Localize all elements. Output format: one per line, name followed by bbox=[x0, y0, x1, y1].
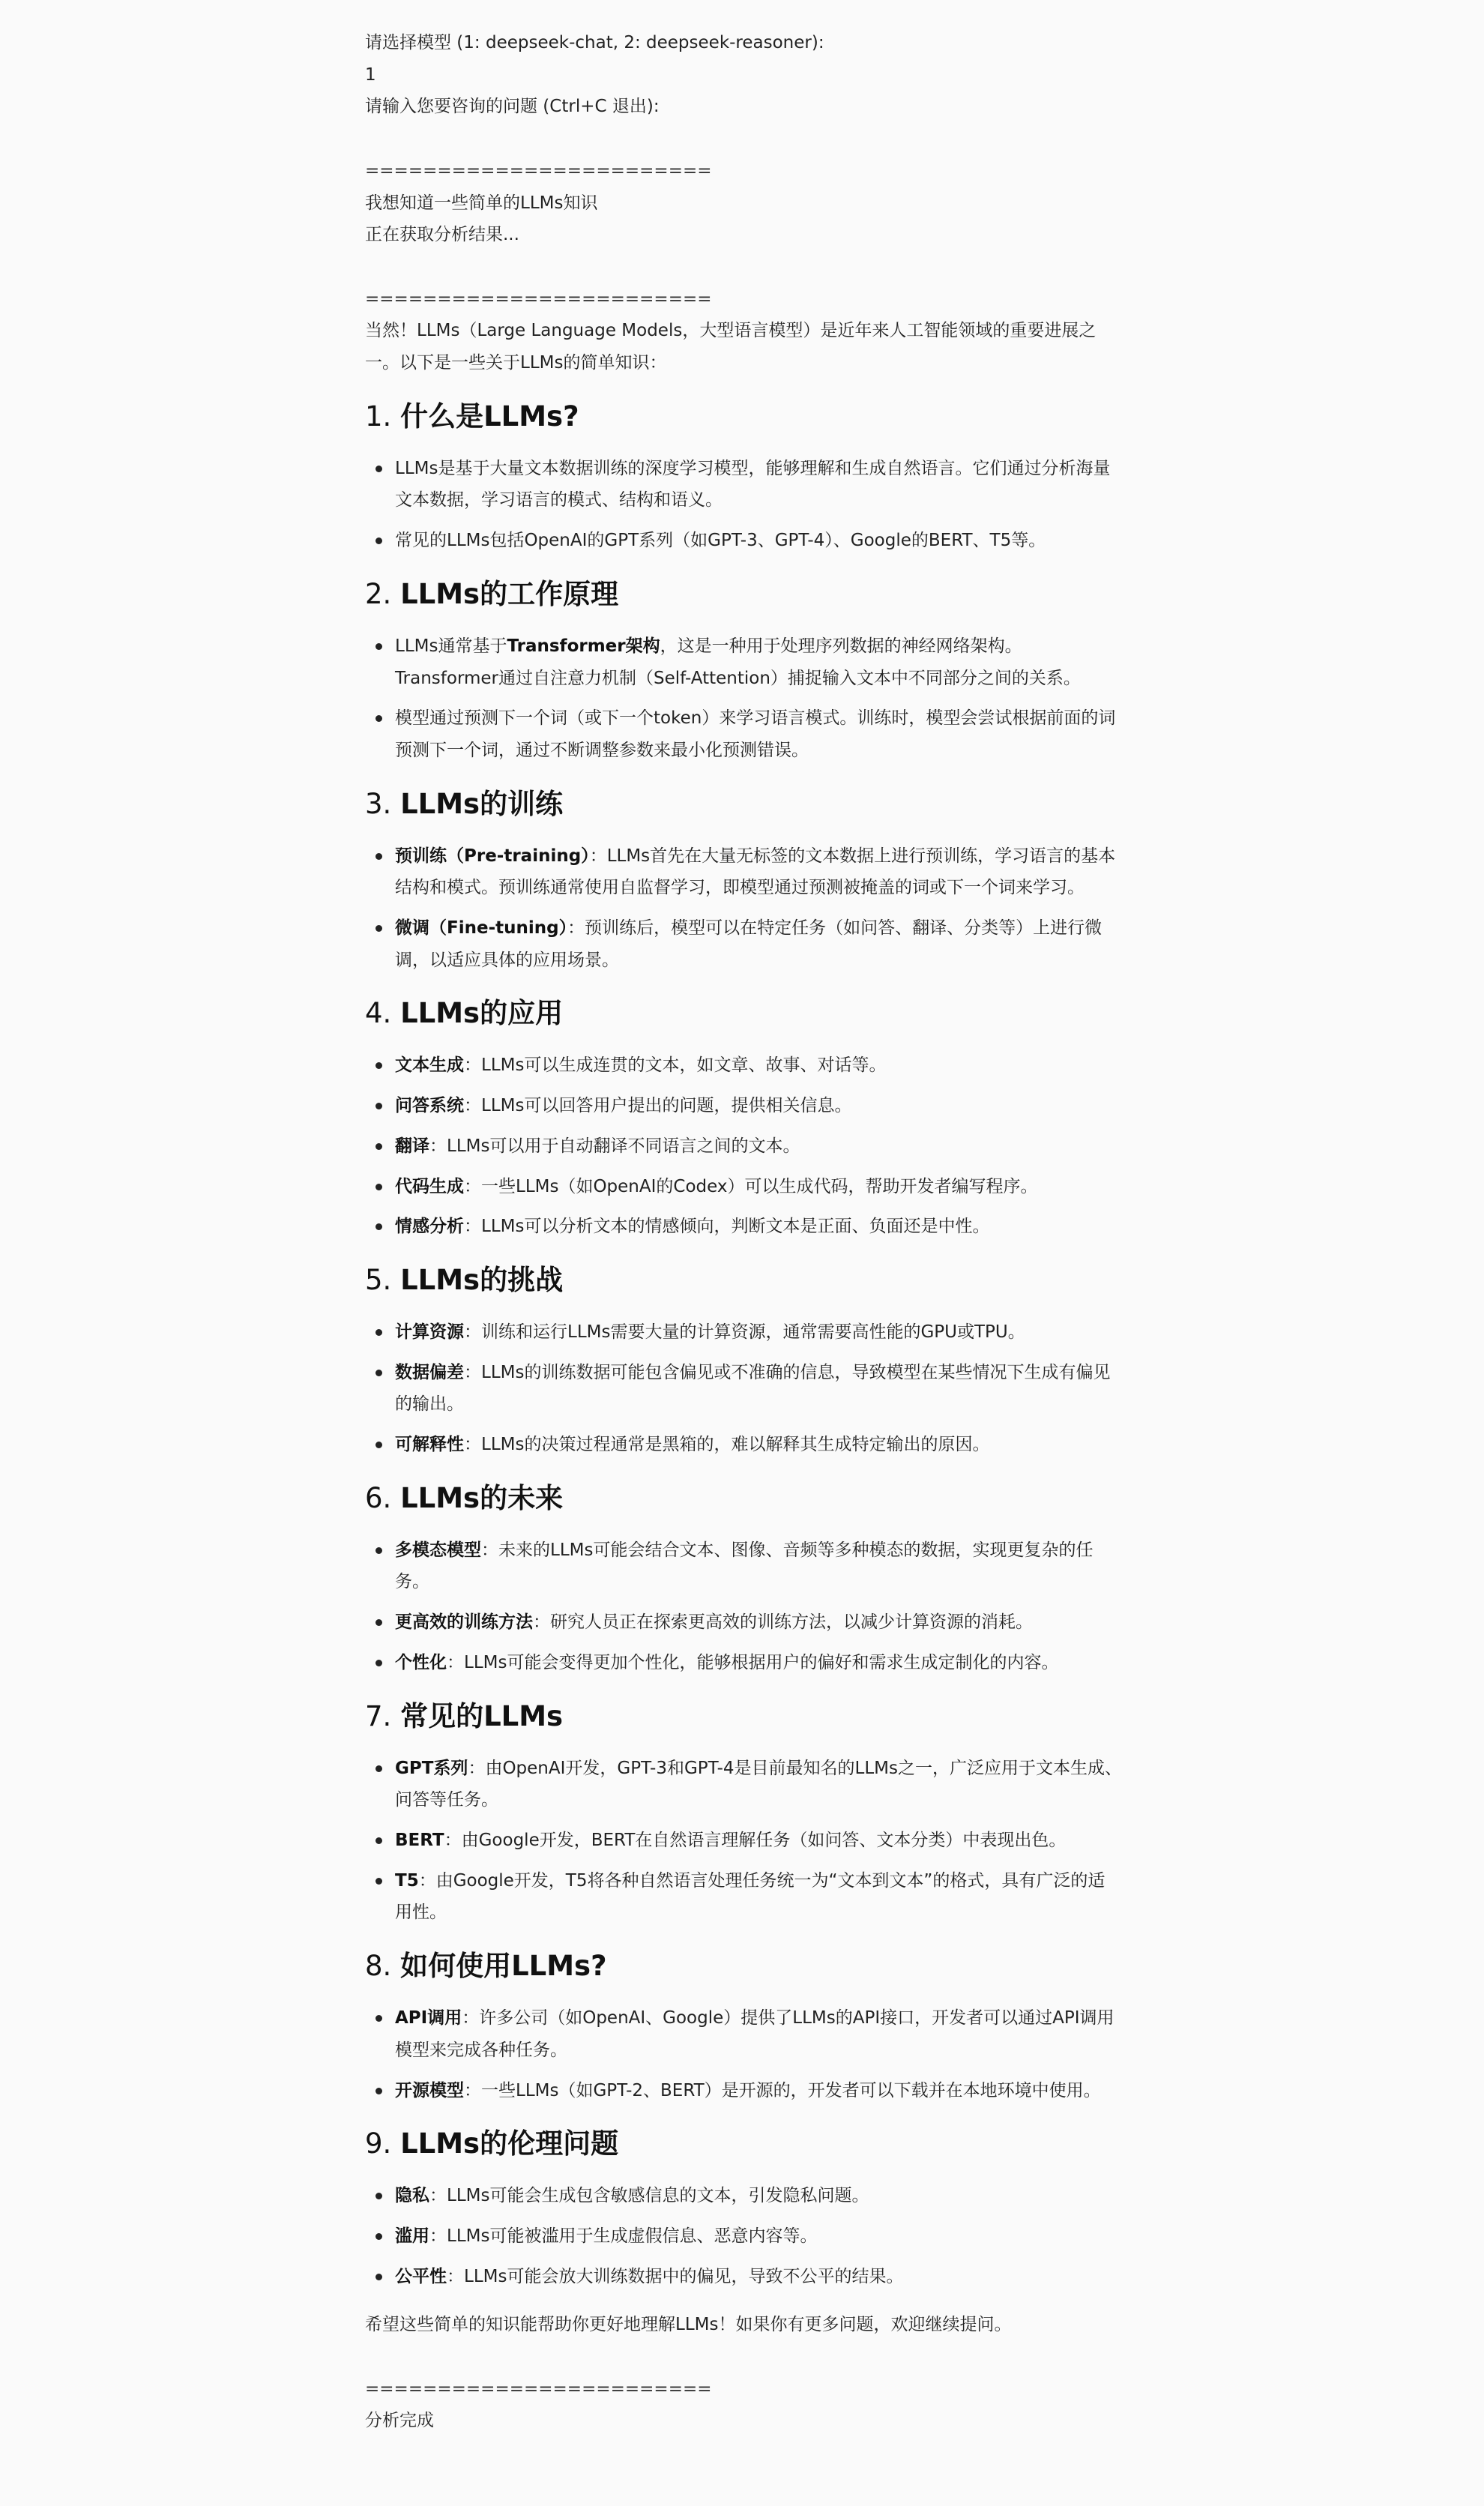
section-heading: 2. LLMs的工作原理 bbox=[365, 573, 1122, 615]
list-item: 常见的LLMs包括OpenAI的GPT系列（如GPT-3、GPT-4）、Goog… bbox=[395, 525, 1122, 557]
bullet-list: GPT系列：由OpenAI开发，GPT-3和GPT-4是目前最知名的LLMs之一… bbox=[365, 1753, 1122, 1930]
bullet-list: LLMs是基于大量文本数据训练的深度学习模型，能够理解和生成自然语言。它们通过分… bbox=[365, 453, 1122, 557]
bullet-list: 预训练（Pre-training）：LLMs首先在大量无标签的文本数据上进行预训… bbox=[365, 840, 1122, 977]
section-number: 3. bbox=[365, 788, 391, 820]
list-item: 代码生成：一些LLMs（如OpenAI的Codex）可以生成代码，帮助开发者编写… bbox=[395, 1171, 1122, 1203]
blank-line bbox=[365, 123, 1122, 155]
section-heading: 9. LLMs的伦理问题 bbox=[365, 2123, 1122, 2165]
item-bold-term: Transformer架构 bbox=[507, 636, 660, 656]
list-item: BERT：由Google开发，BERT在自然语言理解任务（如问答、文本分类）中表… bbox=[395, 1825, 1122, 1857]
item-bold-term: 计算资源 bbox=[395, 1322, 464, 1342]
item-text: ：LLMs可能会变得更加个性化，能够根据用户的偏好和需求生成定制化的内容。 bbox=[447, 1653, 1058, 1672]
list-item: 多模态模型：未来的LLMs可能会结合文本、图像、音频等多种模态的数据，实现更复杂… bbox=[395, 1534, 1122, 1598]
bullet-icon bbox=[375, 2193, 382, 2199]
bullet-icon bbox=[375, 1223, 382, 1230]
section-title: 什么是LLMs? bbox=[400, 400, 579, 433]
bullet-icon bbox=[375, 1619, 382, 1626]
list-item: 问答系统：LLMs可以回答用户提出的问题，提供相关信息。 bbox=[395, 1090, 1122, 1122]
section-title: LLMs的训练 bbox=[400, 788, 563, 820]
item-bold-term: 公平性 bbox=[395, 2267, 447, 2286]
item-text: ：许多公司（如OpenAI、Google）提供了LLMs的API接口，开发者可以… bbox=[395, 2008, 1114, 2060]
section-heading: 4. LLMs的应用 bbox=[365, 993, 1122, 1034]
answer-intro: 当然！LLMs（Large Language Models，大型语言模型）是近年… bbox=[365, 315, 1122, 379]
list-item: 计算资源：训练和运行LLMs需要大量的计算资源，通常需要高性能的GPU或TPU。 bbox=[395, 1316, 1122, 1349]
bullet-list: 计算资源：训练和运行LLMs需要大量的计算资源，通常需要高性能的GPU或TPU。… bbox=[365, 1316, 1122, 1461]
item-bold-term: 滥用 bbox=[395, 2226, 429, 2246]
model-input-value: 1 bbox=[365, 59, 1122, 91]
item-text: ：LLMs可以生成连贯的文本，如文章、故事、对话等。 bbox=[464, 1055, 886, 1075]
model-prompt: 请选择模型 (1: deepseek-chat, 2: deepseek-rea… bbox=[365, 27, 1122, 59]
list-item: 预训练（Pre-training）：LLMs首先在大量无标签的文本数据上进行预训… bbox=[395, 840, 1122, 904]
separator: ======================== bbox=[365, 2373, 1122, 2406]
user-question: 我想知道一些简单的LLMs知识 bbox=[365, 187, 1122, 220]
list-item: 可解释性：LLMs的决策过程通常是黑箱的，难以解释其生成特定输出的原因。 bbox=[395, 1429, 1122, 1461]
blank-line bbox=[365, 251, 1122, 283]
list-item: GPT系列：由OpenAI开发，GPT-3和GPT-4是目前最知名的LLMs之一… bbox=[395, 1753, 1122, 1816]
bullet-list: 隐私：LLMs可能会生成包含敏感信息的文本，引发隐私问题。 滥用：LLMs可能被… bbox=[365, 2180, 1122, 2292]
bullet-icon bbox=[375, 1765, 382, 1772]
bullet-icon bbox=[375, 1547, 382, 1554]
terminal-output: 请选择模型 (1: deepseek-chat, 2: deepseek-rea… bbox=[365, 27, 1122, 2437]
bullet-icon bbox=[375, 466, 382, 472]
status-fetching: 正在获取分析结果... bbox=[365, 219, 1122, 251]
bullet-icon bbox=[375, 1143, 382, 1150]
bullet-icon bbox=[375, 1837, 382, 1844]
bullet-icon bbox=[375, 1878, 382, 1885]
section-heading: 8. 如何使用LLMs? bbox=[365, 1945, 1122, 1987]
item-bold-term: 文本生成 bbox=[395, 1055, 464, 1075]
item-bold-term: 更高效的训练方法 bbox=[395, 1612, 533, 1632]
item-bold-term: 可解释性 bbox=[395, 1435, 464, 1454]
section-number: 5. bbox=[365, 1264, 391, 1296]
section-number: 9. bbox=[365, 2127, 391, 2160]
list-item: LLMs是基于大量文本数据训练的深度学习模型，能够理解和生成自然语言。它们通过分… bbox=[395, 453, 1122, 516]
section-number: 1. bbox=[365, 400, 391, 433]
section-number: 7. bbox=[365, 1700, 391, 1732]
item-text: 常见的LLMs包括OpenAI的GPT系列（如GPT-3、GPT-4）、Goog… bbox=[395, 531, 1046, 550]
section-heading: 5. LLMs的挑战 bbox=[365, 1259, 1122, 1301]
bullet-list: LLMs通常基于Transformer架构，这是一种用于处理序列数据的神经网络架… bbox=[365, 630, 1122, 767]
section-title: 常见的LLMs bbox=[400, 1700, 563, 1732]
bullet-icon bbox=[375, 1184, 382, 1190]
section-heading: 6. LLMs的未来 bbox=[365, 1478, 1122, 1519]
item-text: ：研究人员正在探索更高效的训练方法，以减少计算资源的消耗。 bbox=[533, 1612, 1033, 1632]
list-item: API调用：许多公司（如OpenAI、Google）提供了LLMs的API接口，… bbox=[395, 2002, 1122, 2066]
item-bold-term: 翻译 bbox=[395, 1136, 429, 1156]
list-item: 个性化：LLMs可能会变得更加个性化，能够根据用户的偏好和需求生成定制化的内容。 bbox=[395, 1647, 1122, 1679]
item-text: ：未来的LLMs可能会结合文本、图像、音频等多种模态的数据，实现更复杂的任务。 bbox=[395, 1540, 1093, 1592]
item-text: ：一些LLMs（如OpenAI的Codex）可以生成代码，帮助开发者编写程序。 bbox=[464, 1177, 1038, 1196]
bullet-icon bbox=[375, 1370, 382, 1376]
list-item: 滥用：LLMs可能被滥用于生成虚假信息、恶意内容等。 bbox=[395, 2220, 1122, 2253]
section-heading: 1. 什么是LLMs? bbox=[365, 396, 1122, 438]
bullet-list: 多模态模型：未来的LLMs可能会结合文本、图像、音频等多种模态的数据，实现更复杂… bbox=[365, 1534, 1122, 1679]
answer-content: 当然！LLMs（Large Language Models，大型语言模型）是近年… bbox=[365, 315, 1122, 2341]
item-text: ：由Google开发，BERT在自然语言理解任务（如问答、文本分类）中表现出色。 bbox=[444, 1831, 1067, 1850]
bullet-icon bbox=[375, 715, 382, 722]
list-item: 数据偏差：LLMs的训练数据可能包含偏见或不准确的信息，导致模型在某些情况下生成… bbox=[395, 1357, 1122, 1421]
bullet-list: API调用：许多公司（如OpenAI、Google）提供了LLMs的API接口，… bbox=[365, 2002, 1122, 2106]
item-text: ：LLMs可以用于自动翻译不同语言之间的文本。 bbox=[429, 1136, 800, 1156]
item-text: ：LLMs可以回答用户提出的问题，提供相关信息。 bbox=[464, 1096, 851, 1115]
item-text: ：LLMs的训练数据可能包含偏见或不准确的信息，导致模型在某些情况下生成有偏见的… bbox=[395, 1363, 1110, 1415]
list-item: 微调（Fine-tuning）：预训练后，模型可以在特定任务（如问答、翻译、分类… bbox=[395, 912, 1122, 976]
list-item: 更高效的训练方法：研究人员正在探索更高效的训练方法，以减少计算资源的消耗。 bbox=[395, 1606, 1122, 1639]
item-bold-term: 预训练（Pre-training） bbox=[395, 846, 590, 866]
item-bold-term: 多模态模型 bbox=[395, 1540, 481, 1560]
bullet-icon bbox=[375, 643, 382, 650]
blank-line bbox=[365, 2341, 1122, 2373]
bullet-icon bbox=[375, 853, 382, 860]
separator: ======================== bbox=[365, 283, 1122, 316]
bullet-icon bbox=[375, 1660, 382, 1666]
item-text: ：由OpenAI开发，GPT-3和GPT-4是目前最知名的LLMs之一，广泛应用… bbox=[395, 1759, 1122, 1810]
section-heading: 7. 常见的LLMs bbox=[365, 1696, 1122, 1738]
bullet-icon bbox=[375, 1103, 382, 1109]
item-bold-term: 情感分析 bbox=[395, 1217, 464, 1236]
item-bold-term: GPT系列 bbox=[395, 1759, 468, 1778]
list-item: 翻译：LLMs可以用于自动翻译不同语言之间的文本。 bbox=[395, 1130, 1122, 1163]
list-item: 文本生成：LLMs可以生成连贯的文本，如文章、故事、对话等。 bbox=[395, 1049, 1122, 1082]
section-heading: 3. LLMs的训练 bbox=[365, 783, 1122, 825]
item-text: ：LLMs可能被滥用于生成虚假信息、恶意内容等。 bbox=[429, 2226, 817, 2246]
bullet-icon bbox=[375, 1329, 382, 1336]
item-bold-term: 个性化 bbox=[395, 1653, 447, 1672]
separator: ======================== bbox=[365, 155, 1122, 187]
item-bold-term: 隐私 bbox=[395, 2186, 429, 2205]
item-bold-term: 开源模型 bbox=[395, 2081, 464, 2100]
item-bold-term: API调用 bbox=[395, 2008, 462, 2028]
item-bold-term: 微调（Fine-tuning） bbox=[395, 918, 567, 938]
list-item: 情感分析：LLMs可以分析文本的情感倾向，判断文本是正面、负面还是中性。 bbox=[395, 1211, 1122, 1243]
item-bold-term: BERT bbox=[395, 1831, 444, 1850]
list-item: 隐私：LLMs可能会生成包含敏感信息的文本，引发隐私问题。 bbox=[395, 2180, 1122, 2212]
bullet-icon bbox=[375, 925, 382, 932]
list-item: LLMs通常基于Transformer架构，这是一种用于处理序列数据的神经网络架… bbox=[395, 630, 1122, 694]
bullet-list: 文本生成：LLMs可以生成连贯的文本，如文章、故事、对话等。 问答系统：LLMs… bbox=[365, 1049, 1122, 1243]
section-number: 6. bbox=[365, 1482, 391, 1514]
section-title: LLMs的挑战 bbox=[400, 1264, 563, 1296]
item-text: ：由Google开发，T5将各种自然语言处理任务统一为“文本到文本”的格式，具有… bbox=[395, 1871, 1105, 1923]
item-bold-term: 数据偏差 bbox=[395, 1363, 464, 1382]
section-number: 4. bbox=[365, 997, 391, 1029]
bullet-icon bbox=[375, 1062, 382, 1069]
bullet-icon bbox=[375, 2233, 382, 2240]
bullet-icon bbox=[375, 537, 382, 544]
item-text: ：LLMs可以分析文本的情感倾向，判断文本是正面、负面还是中性。 bbox=[464, 1217, 989, 1236]
item-text: 模型通过预测下一个词（或下一个token）来学习语言模式。训练时，模型会尝试根据… bbox=[395, 708, 1115, 760]
bullet-icon bbox=[375, 2015, 382, 2022]
section-number: 2. bbox=[365, 578, 391, 610]
item-text: ：LLMs可能会生成包含敏感信息的文本，引发隐私问题。 bbox=[429, 2186, 869, 2205]
bullet-icon bbox=[375, 2274, 382, 2280]
status-done: 分析完成 bbox=[365, 2405, 1122, 2437]
section-title: LLMs的应用 bbox=[400, 997, 563, 1029]
list-item: 模型通过预测下一个词（或下一个token）来学习语言模式。训练时，模型会尝试根据… bbox=[395, 702, 1122, 766]
section-number: 8. bbox=[365, 1950, 391, 1982]
answer-closing: 希望这些简单的知识能帮助你更好地理解LLMs！如果你有更多问题，欢迎继续提问。 bbox=[365, 2309, 1122, 2341]
section-title: LLMs的工作原理 bbox=[400, 578, 618, 610]
question-prompt: 请输入您要咨询的问题 (Ctrl+C 退出): bbox=[365, 91, 1122, 123]
section-title: LLMs的伦理问题 bbox=[400, 2127, 618, 2160]
item-bold-term: T5 bbox=[395, 1871, 419, 1891]
section-title: LLMs的未来 bbox=[400, 1482, 563, 1514]
list-item: 开源模型：一些LLMs（如GPT-2、BERT）是开源的，开发者可以下载并在本地… bbox=[395, 2075, 1122, 2107]
item-text: LLMs通常基于 bbox=[395, 636, 507, 656]
bullet-icon bbox=[375, 1442, 382, 1448]
item-text: ：一些LLMs（如GPT-2、BERT）是开源的，开发者可以下载并在本地环境中使… bbox=[464, 2081, 1101, 2100]
section-title: 如何使用LLMs? bbox=[400, 1950, 606, 1982]
item-text: ：训练和运行LLMs需要大量的计算资源，通常需要高性能的GPU或TPU。 bbox=[464, 1322, 1025, 1342]
list-item: 公平性：LLMs可能会放大训练数据中的偏见，导致不公平的结果。 bbox=[395, 2261, 1122, 2293]
item-text: ：LLMs的决策过程通常是黑箱的，难以解释其生成特定输出的原因。 bbox=[464, 1435, 989, 1454]
bullet-icon bbox=[375, 2088, 382, 2094]
list-item: T5：由Google开发，T5将各种自然语言处理任务统一为“文本到文本”的格式，… bbox=[395, 1865, 1122, 1929]
item-text: LLMs是基于大量文本数据训练的深度学习模型，能够理解和生成自然语言。它们通过分… bbox=[395, 459, 1110, 510]
item-bold-term: 代码生成 bbox=[395, 1177, 464, 1196]
item-text: ：LLMs可能会放大训练数据中的偏见，导致不公平的结果。 bbox=[447, 2267, 903, 2286]
item-bold-term: 问答系统 bbox=[395, 1096, 464, 1115]
